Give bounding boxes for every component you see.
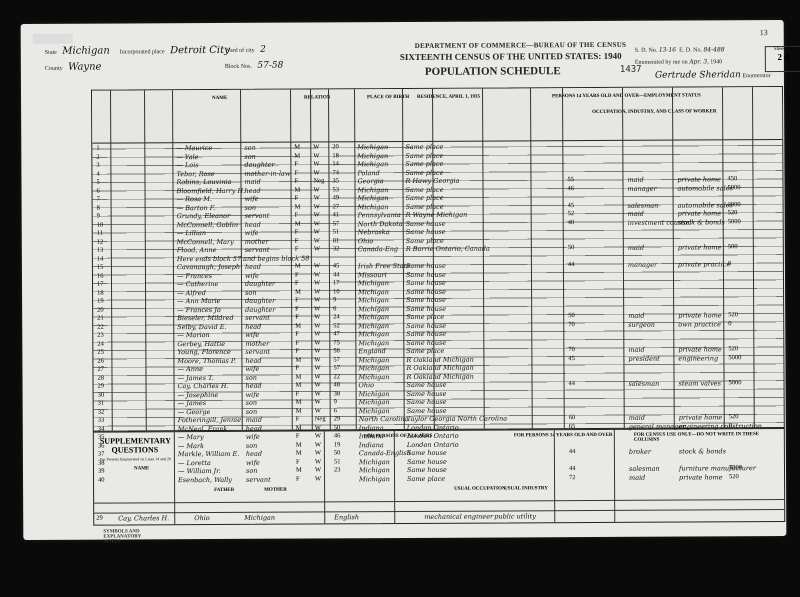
sheet-number: Sheet No. 2 A xyxy=(765,46,800,72)
state-field: State Michigan xyxy=(45,46,110,57)
census-sheet: State Michigan County Wayne Incorporated… xyxy=(21,20,787,540)
schedule-title: POPULATION SCHEDULE xyxy=(425,65,561,78)
column-headers: NAME RELATION PLACE OF BIRTH RESIDENCE, … xyxy=(92,87,782,144)
ward-field: Ward of city 2 xyxy=(225,45,266,55)
enumerator-field: Gertrude Sheridan Enumerator xyxy=(655,70,771,81)
page-mark: 13 xyxy=(760,28,768,37)
census-title: SIXTEENTH CENSUS OF THE UNITED STATES: 1… xyxy=(400,51,622,62)
supplementary-section: SUPPLEMENTARY QUESTIONS For Persons Enum… xyxy=(93,428,785,526)
enumerated-field: Enumerated by me on Apr. 3, 1940 xyxy=(635,58,722,65)
department-title: DEPARTMENT OF COMMERCE—BUREAU OF THE CEN… xyxy=(415,41,627,50)
block-field: Block Nos. 57-58 xyxy=(225,61,284,71)
stamp-number: 1437 xyxy=(620,65,642,75)
population-table: NAME RELATION PLACE OF BIRTH RESIDENCE, … xyxy=(91,86,785,432)
county-field: County Wayne xyxy=(45,62,102,73)
place-field: Incorporated place Detroit City xyxy=(120,45,230,57)
supplementary-title: SUPPLEMENTARY QUESTIONS xyxy=(100,436,170,454)
sd-ed-field: S. D. No. 13-16 E. D. No. 84-488 xyxy=(635,46,725,53)
